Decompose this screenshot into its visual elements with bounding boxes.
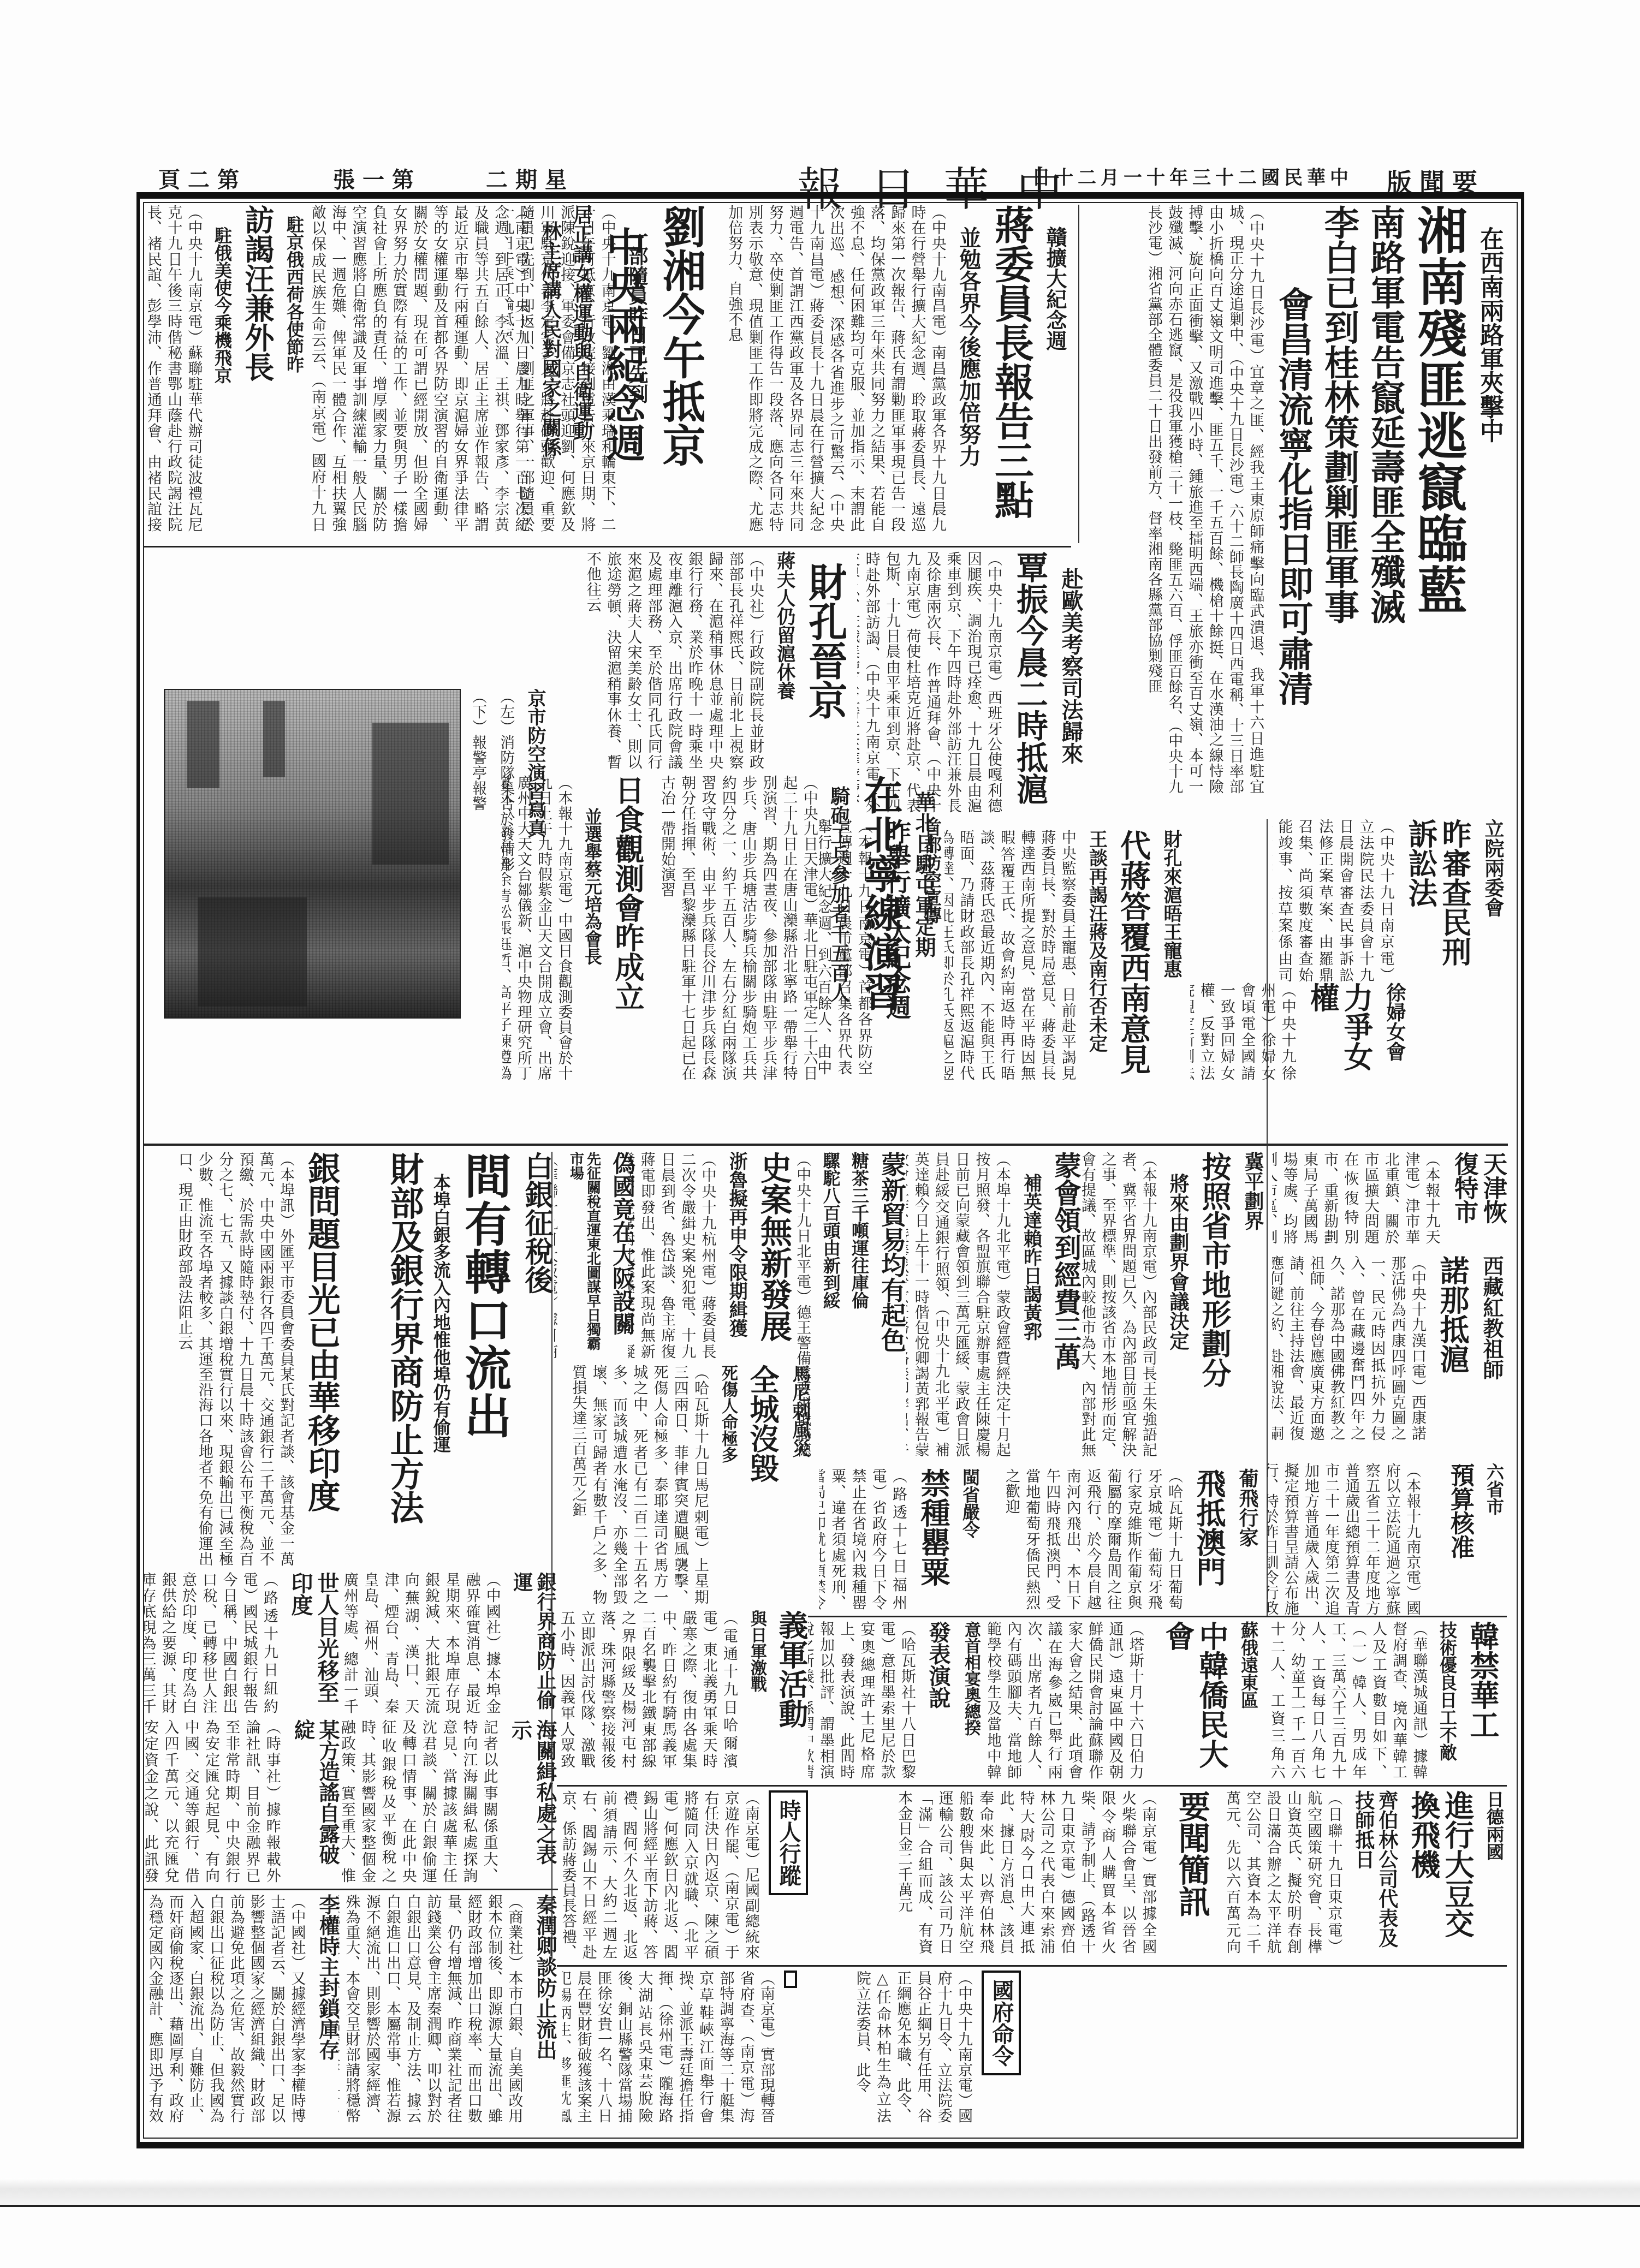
- headline: 李權時主封鎖庫存: [314, 1894, 340, 2123]
- article-german-student: 六省市 預算核准 （本報十九南京電）國府以立法院通過之寧蘇察五省二十二年度地方普…: [1267, 1463, 1507, 1616]
- section-box-title: 國府命令: [982, 1971, 1021, 2075]
- article-body: （南京電）中央十九日晨九時舉行第一百七次紀念週、到居正、李次溫、王祺、鄧家彥、李…: [306, 205, 531, 532]
- subheadline: 齊伯林公司代表及技師抵日: [1351, 1790, 1398, 1954]
- headline: 進行大豆交換飛機: [1406, 1790, 1474, 1954]
- article-body: （中央十九徐州電）徐婦女會頃電全國請一致爭回婦女權、反對立法院規定新刑法通姦罪之…: [1190, 983, 1298, 1081]
- headline: 力爭女權: [1305, 983, 1373, 1081]
- headline: 義軍活動: [774, 1610, 808, 1769]
- article-body: 記者以此事關係重大、特向江海關緝私處探詢意見、當據該處華主任沈君談、關於白銀偷運…: [338, 1719, 500, 1883]
- divider: [143, 1889, 558, 1890]
- kicker: 首都防空宣傳: [919, 819, 944, 1075]
- subheadline: 並選舉蔡元培為會長: [582, 808, 603, 1081]
- article-women-rights: 徐婦女會 力爭女權 （中央十九徐州電）徐婦女會頃電全國請一致爭回婦女權、反對立法…: [1190, 983, 1409, 1081]
- article-macao-flight: 閩省嚴令 禁種罌粟 （路透十七日福州電）省政府今日下令禁止在省境內栽種罌粟、違者…: [819, 1468, 983, 1610]
- article-personnel: 國府命令 （中央十九南京電）國府十九日令、立法院委員谷正綱另有任用、谷正綱應免本…: [803, 1971, 1021, 2123]
- headline: 訪謁汪兼外長: [240, 205, 274, 532]
- sheet-number: 第一張: [333, 163, 421, 194]
- headline: 湘南殘匪逃竄臨藍: [1411, 205, 1464, 794]
- article-shi-case: 史案無新發展 浙魯擬再申令限期緝獲 （中央十九杭州電）蔣委員長二次令嚴緝史案兇犯…: [628, 1152, 792, 1359]
- headline: 蒙會領到經費三萬: [1050, 1152, 1082, 1457]
- article-bank-prevent: 銀行界商防止偷運 （中國社）據本埠金融界確實消息、最近星期來、本埠庫存現銀銳減、…: [338, 1572, 557, 1714]
- article-body: 中央監察委員王寵惠、日前赴平謁見蔣委員長、對於時局意見、蔣委員長轉達西南所提之意…: [944, 830, 1078, 1081]
- headline: 禁種罌粟: [916, 1468, 950, 1610]
- article-legislative: 立院兩委會 昨審查民刑訴訟法 （中央十九日南京電）立法院民法委員會十九日晨開會審…: [1272, 819, 1507, 983]
- subheadline: 與日軍激戰: [747, 1610, 766, 1769]
- article-body: （哈瓦斯十九日馬尼剌電）上星期三四兩日、菲律賓突遭颶風襲擊、死傷人命極多、泰耶達…: [557, 1365, 710, 1605]
- article-body: （中央九日天津電）華北日駐屯軍定二十六日起二十九日止在唐山灤縣沿北寧路一帶舉行特…: [644, 775, 819, 1081]
- subheadline: 會昌清流寧化指日即可肅清: [1273, 287, 1311, 794]
- article-body: （中央十九南京電）西班牙公使嘎利德因腿疾、調治現已痊愈、十九日晨由滬乘車到京、下…: [857, 551, 1003, 813]
- article-body: （路透十九日紐約電）國民城銀行報告今日稱、中國白銀出口稅、已轉移世人注意於印度、…: [143, 1572, 280, 1714]
- kicker: 財孔來滬晤王寵惠: [1158, 830, 1185, 1081]
- divider: [557, 1965, 1507, 1967]
- article-body: （本報十九天津電）津市華北重鎮、關於市區擴大問題在恢復特別市、重新勘劃東局子萬國…: [1272, 1152, 1441, 1245]
- subheadline: 駐俄美使今乘機飛京: [212, 227, 233, 532]
- kicker: 日德兩國: [1482, 1790, 1507, 1954]
- headline: 發表演說: [925, 1621, 951, 1779]
- headline: 天津恢復特市: [1449, 1152, 1507, 1245]
- subheadline: 林主席講人民對國家之關係: [538, 221, 562, 532]
- article-opium-ban: 馬尼剌風災 全城沒毀 死傷人命極多 （哈瓦斯十九日馬尼剌電）上星期三四兩日、菲律…: [557, 1365, 813, 1605]
- article-eclipse: 日食觀測會昨成立 並選舉蔡元培為會長 （本報十九南京電）中國日食觀測委員會於十九…: [502, 775, 644, 1081]
- article-memorial-week: 中央兩紀念週 居正講女權運動與自衛運動 林主席講人民對國家之關係 （南京電）中央…: [306, 205, 644, 532]
- headline: 昨舉行擴大紀念週: [882, 819, 912, 1075]
- article-body: （中央十九南昌電）南昌黨政軍各界十九日晨九時在行營舉行擴大紀念週、聆取蔣委員長、…: [710, 205, 948, 532]
- kicker: 在西南兩路軍夾擊中: [1472, 227, 1507, 794]
- article-body: （中央十九杭州電）蔣委員長二次令嚴緝史案兇犯電、十九日晨到省、魯岱談、魯主席復蔣…: [628, 1152, 718, 1359]
- kicker: 西藏紅教祖師: [1477, 1255, 1507, 1441]
- article-body: （中央十九南京電）蘇聯駐華代辦司徒波禮瓦尼克十九日午後三時偕秘書鄂山蔭赴行政院謁…: [143, 205, 204, 532]
- article-budget: 葡飛行家 飛抵澳門 （哈瓦斯十九日葡萄牙京城電）葡萄牙飛行家克維斯作葡京與葡屬的…: [988, 1468, 1261, 1610]
- article-body: （本埠十九北平電）蒙政會經費經決定十月起按月照發、各盟旗聯合駐京辦事處主任陳慶楊…: [906, 1152, 1012, 1457]
- article-body: （塔斯十月十六日伯力通訊）遠東區中國及朝鮮僑民開會討論蘇聯作家大會之結果、此項會…: [988, 1621, 1145, 1779]
- article-silver-body: 銀問題目光已由華移印度 （本埠訊）外匯平市委員會委員某氏對記者談、該會基金一萬萬…: [143, 1152, 340, 1567]
- headline: 代蔣答覆西南意見: [1115, 830, 1150, 1081]
- subheadline: 銀問題目光已由華移印度: [304, 1152, 340, 1567]
- kicker: 閩省嚴令: [958, 1468, 983, 1610]
- subheadline: 補英達賴昨日謁黃郛: [1020, 1174, 1042, 1457]
- page-bottom-edge: [0, 2178, 1640, 2207]
- article-body: （本報十九南京電）內部民政司長王朱強語記者、冀平省界問題已久、為內部目前亟宜解決…: [1081, 1152, 1158, 1457]
- article-body: （中央十九南京電）國府十九日令、立法院委員谷正綱另有任用、谷正綱應免本職、此令、…: [803, 1971, 974, 2123]
- headline: 中韓僑民大會: [1161, 1621, 1228, 1779]
- article-body: （路透十七日福州電）省政府今日下令禁止在省境內栽種罌粟、違者須處死刑、當局已印就…: [819, 1468, 908, 1610]
- column-rule: [1267, 819, 1268, 1616]
- headline: 史案無新發展: [755, 1152, 792, 1359]
- headline: 財孔晉京: [803, 562, 846, 770]
- article-bandit-news: [1026, 1971, 1507, 2123]
- divider: [808, 1616, 1507, 1617]
- headline: 中央兩紀念週: [601, 227, 644, 532]
- weekday: 星期二: [486, 163, 574, 194]
- kicker: 葡飛行家: [1233, 1468, 1261, 1610]
- page-number: 第二頁: [158, 163, 247, 194]
- article-body: （中國社）又據經濟學家李權時博士語記者云、關於白銀出口、足以影響整個國家之經濟組…: [143, 1894, 307, 2123]
- article-body: （哈瓦斯十九日葡萄牙京城電）葡萄牙飛行家克維斯作葡京與葡屬的摩爾島間之往返飛行、…: [988, 1468, 1184, 1610]
- subheadline: 蔣夫人仍留滬休養: [773, 551, 795, 770]
- article-body: （南京電）實部據全國火柴聯合會呈、以晉省限令商人購買本省火柴、請予制止、（路透十…: [813, 1790, 1158, 1954]
- kicker: 白銀征稅後: [516, 1152, 557, 1556]
- article-customs: 海關緝私處之表示 記者以此事關係重大、特向江海關緝私處探詢意見、當據該處華主任沈…: [338, 1719, 557, 1883]
- divider: [143, 546, 1071, 547]
- column-rule: [551, 1152, 552, 1960]
- headline: 間有轉口流出: [459, 1152, 508, 1556]
- headline: 飛抵澳門: [1192, 1468, 1226, 1610]
- subheadline: 技術優良日工不敵: [1437, 1621, 1458, 1779]
- article-tibet: 西藏紅教祖師 諾那抵滬 （中央十九漢口電）西康諾那活佛為西康四呼圖克圖之一、民元…: [1272, 1255, 1507, 1441]
- article-brief-news: 時人行蹤 （南京電）尼國副總統來京遊作罷、（南京電）于右任決日內返京、陳之碩將隨…: [557, 1790, 808, 1960]
- article-body: （本埠訊）外匯平市委員會委員某氏對記者談、該會基金一萬萬元、中央中國兩銀行各四千…: [143, 1152, 296, 1567]
- article-body: （華聯漢城通訊）據韓督府調查、境內華韓工人及工資數目如下、（一）韓人、男成年工、…: [1267, 1621, 1429, 1779]
- kicker: 立院兩委會: [1479, 819, 1507, 983]
- headline: 蒙新貿易均有起色: [877, 1152, 906, 1457]
- kicker: 六省市: [1482, 1463, 1507, 1616]
- article-body: （中國社）據本埠金融界確實消息、最近星期來、本埠庫存現銀銳減、大批銀元流向蕪湖、…: [338, 1572, 502, 1714]
- headline: 日食觀測會昨成立: [610, 775, 644, 1081]
- article-manila-typhoon: 韓禁華工 技術優良日工不敵 （華聯漢城通訊）據韓督府調查、境內華韓工人及工資數目…: [1267, 1621, 1507, 1779]
- kicker: 蘇俄遠東區: [1236, 1621, 1261, 1779]
- masthead: 第二頁 第一張 星期二 中華日報 中華民國二十三年十一月二十日 要聞版: [136, 158, 1512, 197]
- headline: 偽國竟在大阪設關: [609, 1152, 636, 1359]
- subheadline: 並勉各界今後應加倍努力: [955, 227, 982, 532]
- subheadline: 財部及銀行界商防止方法: [385, 1152, 423, 1556]
- subheadline: 居正講女權運動與自衛運動: [570, 205, 593, 532]
- divider: [143, 1144, 1508, 1146]
- article-air-defense: 首都防空宣傳 昨舉行擴大紀念週 （本報十九日南京電）首都各界防空宣傳週十九日晨市…: [819, 819, 944, 1075]
- subheadline: 騾駝八百頭由新到綏: [820, 1152, 841, 1457]
- article-korean-congress: 意首相宴奧總揆 發表演說 （哈瓦斯社十八日巴黎電）意相墨索里尼於款宴奧總理許士尼…: [808, 1621, 983, 1779]
- headline: 秦潤卿談防止流出: [532, 1894, 557, 2123]
- section-box-title: [784, 1971, 797, 1988]
- article-qin-runqing: 秦潤卿談防止流出 （商業社）本市白銀、自美國改用銀本位制後、即源源大量流出、雖經…: [338, 1894, 557, 2123]
- article-body: （中央十九日南京電）立法院民法委員會十九日晨開會審查民事訴訟法修正案草案、由羅鼎…: [1272, 819, 1396, 983]
- air-raid-drill-photo: [164, 689, 461, 1019]
- kicker: 馬尼剌風災: [787, 1365, 813, 1605]
- issue-date: 中華民國二十三年十一月二十日: [1032, 163, 1353, 189]
- column-rule: [1078, 205, 1079, 543]
- article-body: （本報十九日南京電）首都各界防空宣傳週十九日晨市黨部召集各界代表舉行擴大紀念週、…: [819, 819, 874, 1075]
- headline: 銀行界商防止偷運: [510, 1572, 557, 1714]
- article-body: （日聯十九日東京電）航空國策研究會、長樺山資英氏、擬於明春創設日滿合辦之太平洋航…: [1223, 1790, 1344, 1954]
- article-gov-order: （南京電）實部現轉晉省府查、（南京電）海部特調寧海等二十艇集京草鞋峽江面舉行會操…: [562, 1971, 797, 2123]
- subheadline: 先征關稅直運東北圖謀早日獨霸市場: [567, 1152, 601, 1359]
- article-southwest-opinion: 財孔來滬晤王寵惠 代蔣答覆西南意見 王談再謁汪蔣及南行否未定 中央監察委員王寵惠…: [944, 830, 1185, 1081]
- headline: 海關緝私處之表示: [507, 1719, 557, 1883]
- section-box-title: 時人行蹤: [769, 1790, 808, 1895]
- article-wang-visit: 駐京俄西荷各使節昨 訪謁汪兼外長 駐俄美使今乘機飛京 （中央十九南京電）蘇聯駐華…: [143, 205, 307, 532]
- article-silver-export: 白銀征稅後 間有轉口流出 本埠白銀多流入內地惟他埠仍有偷運 財部及銀行界商防止方…: [338, 1152, 557, 1556]
- article-chiang-report: 贛擴大紀念週 蔣委員長報告三點 並勉各界今後應加倍努力 （中央十九南昌電）南昌黨…: [710, 205, 1070, 532]
- headline: 世人目光移至印度: [287, 1572, 340, 1714]
- newspaper-page: 第二頁 第一張 星期二 中華日報 中華民國二十三年十一月二十日 要聞版 在西南兩…: [0, 0, 1640, 2268]
- article-kong: 財孔晉京 蔣夫人仍留滬休養 （中央社）行政院副院長並財政部部長孔祥熙氏、日前北上…: [551, 551, 846, 770]
- article-mussolini: 日德兩國 進行大豆交換飛機 齊伯林公司代表及技師抵日 （日聯十九日東京電）航空國…: [1223, 1790, 1507, 1954]
- subheadline: 本埠白銀多流入內地惟他埠仍有偷運: [430, 1174, 451, 1556]
- headline: 要聞簡訊: [1173, 1790, 1210, 1954]
- kicker: 意首相宴奧總揆: [959, 1621, 983, 1779]
- headline: 全城沒毀: [745, 1365, 779, 1605]
- article-body: （中央社）行政院副院長並財政部部長孔祥熙氏、日前北上視察歸來、在滬稍事休息並處理…: [551, 551, 765, 770]
- article-osaka-customs: 偽國竟在大阪設關 先征關稅直運東北圖謀早日獨霸市場 （華聯十九日大阪電）據日商息…: [554, 1152, 636, 1359]
- article-body: （哈瓦斯社十八日巴黎電）意相墨索里尼於款宴奧總理許士尼格席上、發表演說、此間時報…: [808, 1621, 917, 1779]
- article-li-quanshi: 李權時主封鎖庫存 （中國社）又據經濟學家李權時博士語記者云、關於白銀出口、足以影…: [143, 1894, 340, 2123]
- article-body: （時事社）據昨報載外論社訊、目前金融界已至非常時期、中央銀行為安定匯兌起見、有向…: [143, 1719, 282, 1883]
- article-body: （中央十九日長沙電）宜章之匪、經我王東原師痛擊向臨武潰退、我軍十六日進駐宜城、現…: [1086, 205, 1265, 794]
- article-body: （本報十九南京電）中國日食觀測委員會於十九日上午九時假紫金山天文台開成立會、出席…: [502, 775, 574, 1081]
- article-body: （商業社）本市白銀、自美國改用銀本位制後、即源源大量流出、雖經財政部增加出口稅率…: [338, 1894, 524, 2123]
- kicker: 贛擴大紀念週: [1040, 227, 1070, 532]
- subheadline: 死傷人命極多: [718, 1365, 738, 1605]
- subheadline: 王談再謁汪蔣及南行否未定: [1085, 830, 1108, 1081]
- headline: 某方造謠自露破綻: [290, 1719, 340, 1883]
- article-world-india: 世人目光移至印度 （路透十九日紐約電）國民城銀行報告今日稱、中國白銀出口稅、已轉…: [143, 1572, 340, 1714]
- subheadline: 糖茶三千噸運往庫倫: [849, 1152, 870, 1457]
- headline: 諾那抵滬: [1435, 1255, 1469, 1441]
- subheadline: 浙魯擬再申令限期緝獲: [726, 1152, 748, 1359]
- article-demarcation: 冀平劃界 按照省市地形劃分 將來由劃界會議決定 （本報十九南京電）內部民政司長王…: [1081, 1152, 1267, 1457]
- headline: 按照省市地形劃分: [1197, 1152, 1231, 1457]
- article-body: [1026, 1971, 1507, 2123]
- article-body: （中央十九漢口電）西康諾那活佛為西康四呼圖克圖之一、民元時因抵抗外力侵入、曾在藏…: [1272, 1255, 1428, 1441]
- article-soybean-aircraft: 要聞簡訊 （南京電）實部據全國火柴聯合會呈、以晉省限令商人購買本省火柴、請予制止…: [813, 1790, 1217, 1954]
- subheadline: 將來由劃界會議決定: [1166, 1174, 1190, 1457]
- kicker: 冀平劃界: [1239, 1152, 1267, 1457]
- article-korea-labor: 義軍活動 與日軍激戰 （電通十九日哈爾濱電）東北義勇軍乘天時嚴寒之際、復由各處集…: [557, 1610, 808, 1769]
- article-qin-zhen: 赴歐美考察司法歸來 覃振今晨二時抵滬 （中央十九南京電）西班牙公使嘎利德因腿疾、…: [857, 551, 1086, 813]
- kicker: 徐婦女會: [1381, 983, 1409, 1081]
- subheadline: 南路軍電告竄延壽匪全殲滅: [1365, 205, 1404, 794]
- article-body: （南京電）實部現轉晉省府查、（南京電）海部特調寧海等二十艇集京草鞋峽江面舉行會操…: [562, 1971, 776, 2123]
- headline: 昨審查民刑訴訟法: [1404, 819, 1471, 983]
- article-body: （本報十九南京電）國府以立法院通過之寧蘇察五省二十二年度地方普通歲出總預算書及青…: [1267, 1463, 1422, 1616]
- article-body: （南京電）尼國副總統來京遊作罷、（南京電）于右任決日內返京、陳之碩將隨同入京就職…: [557, 1790, 761, 1960]
- article-east-road: 蘇俄遠東區 中韓僑民大會 （塔斯十月十六日伯力通訊）遠東區中國及朝鮮僑民開會討論…: [988, 1621, 1261, 1779]
- kicker: 赴歐美考察司法歸來: [1055, 568, 1086, 813]
- kicker: 駐京俄西荷各使節昨: [282, 216, 307, 532]
- article-body: （電通十九日哈爾濱電）東北義勇軍乘天時嚴寒之際、復由各處集中、昨日約有騎馬義軍二…: [557, 1610, 739, 1769]
- headline: 覃振今晨二時抵滬: [1011, 551, 1048, 813]
- subheadline: 李白已到桂林策劃剿匪軍事: [1320, 205, 1358, 794]
- divider: [557, 1785, 1507, 1787]
- article-tianjin: 天津恢復特市 （本報十九天津電）津市華北重鎮、關於市區擴大問題在恢復特別市、重新…: [1272, 1152, 1507, 1245]
- article-rumor: 某方造謠自露破綻 （時事社）據昨報載外論社訊、目前金融界已至非常時期、中央銀行為…: [143, 1719, 340, 1883]
- article-xiangnan: 在西南兩路軍夾擊中 湘南殘匪逃竄臨藍 南路軍電告竄延壽匪全殲滅 李白已到桂林策劃…: [1086, 205, 1507, 794]
- headline: 蔣委員長報告三點: [989, 205, 1032, 532]
- headline: 劉湘今午抵京: [656, 205, 704, 532]
- caption-line: （下）報警亭報警: [468, 689, 488, 918]
- article-mongol-funds: 蒙會領到經費三萬 補英達賴昨日謁黃郛 （本埠十九北平電）蒙政會經費經決定十月起按…: [906, 1152, 1081, 1457]
- headline: 預算核准: [1445, 1463, 1474, 1616]
- headline: 韓禁華工: [1465, 1621, 1499, 1779]
